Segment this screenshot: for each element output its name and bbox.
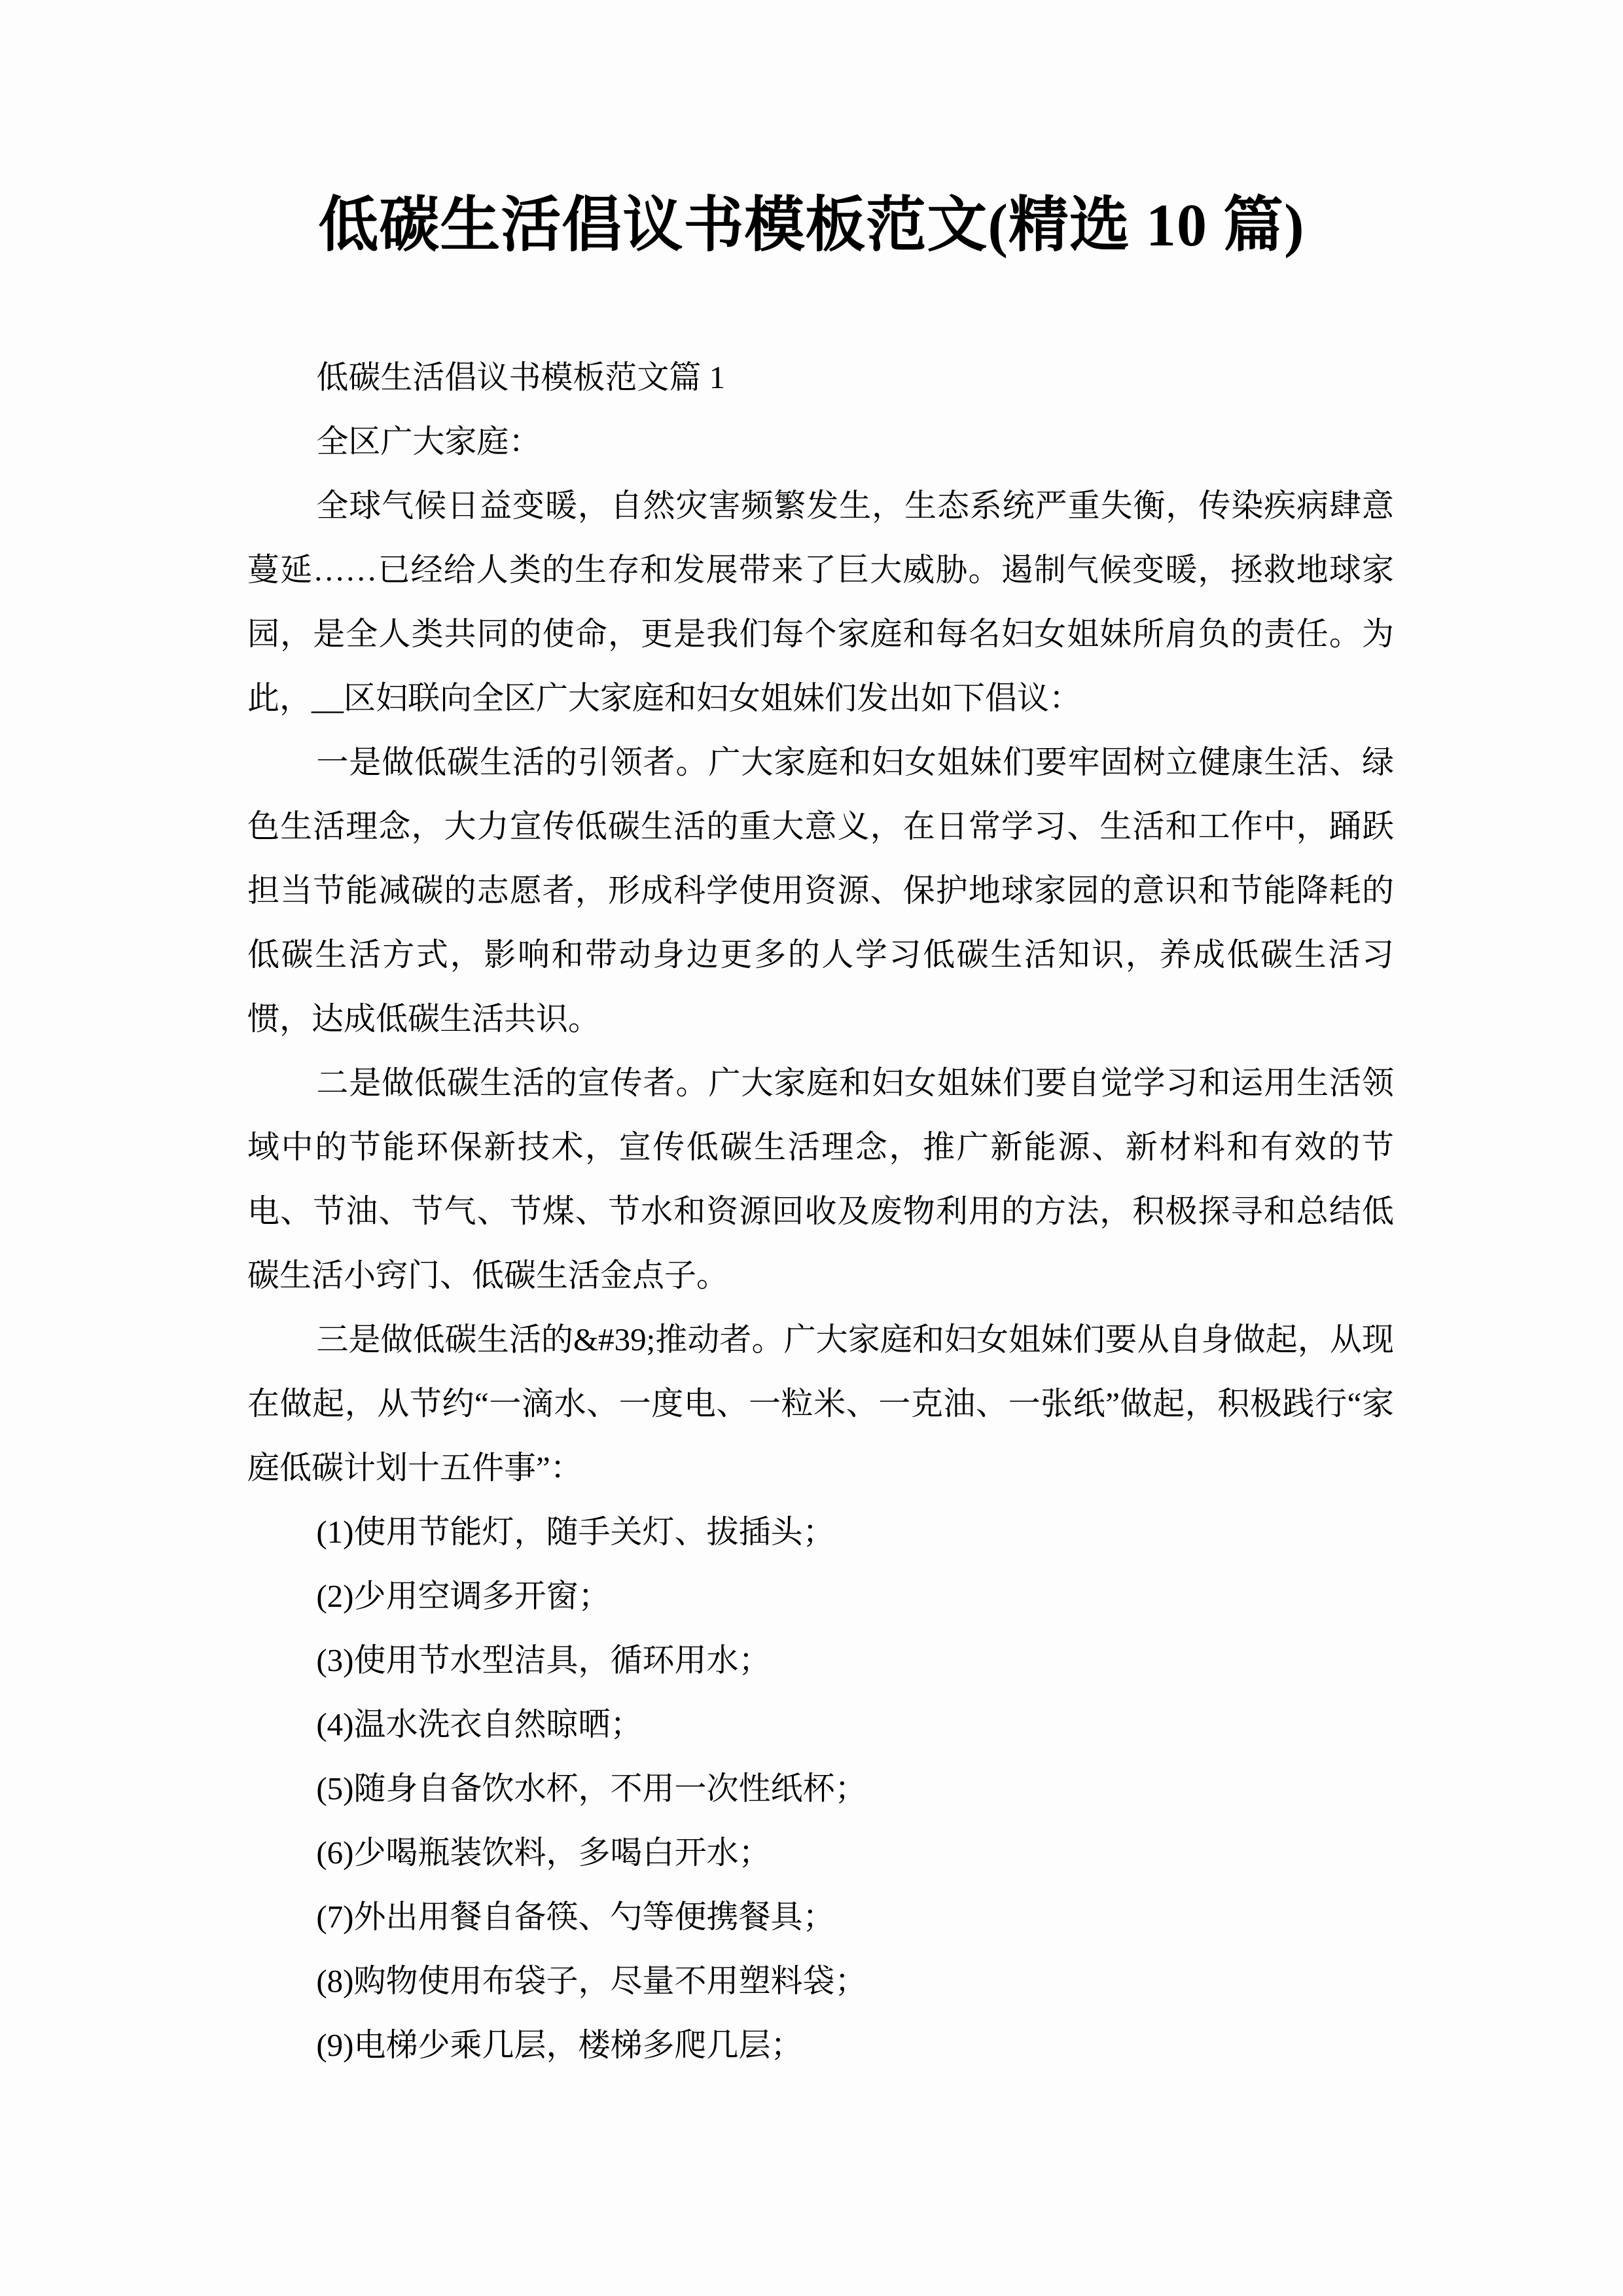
paragraph: 三是做低碳生活的&#39;推动者。广大家庭和妇女姐妹们要从自身做起，从现在做起，… — [247, 1308, 1394, 1500]
list-item: (4)温水洗衣自然晾晒； — [247, 1693, 1394, 1757]
paragraph-heading: 低碳生活倡议书模板范文篇 1 — [247, 346, 1394, 410]
list-item: (7)外出用餐自备筷、勺等便携餐具； — [247, 1885, 1394, 1949]
document-page: 低碳生活倡议书模板范文(精选 10 篇) 低碳生活倡议书模板范文篇 1 全区广大… — [0, 0, 1623, 2296]
paragraph-salutation: 全区广大家庭： — [247, 410, 1394, 474]
paragraph: 全球气候日益变暖，自然灾害频繁发生，生态系统严重失衡，传染疾病肆意蔓延……已经给… — [247, 474, 1394, 730]
paragraph: 一是做低碳生活的引领者。广大家庭和妇女姐妹们要牢固树立健康生活、绿色生活理念，大… — [247, 730, 1394, 1051]
list-item: (2)少用空调多开窗； — [247, 1564, 1394, 1628]
document-body: 低碳生活倡议书模板范文篇 1 全区广大家庭： 全球气候日益变暖，自然灾害频繁发生… — [247, 346, 1394, 2077]
document-title: 低碳生活倡议书模板范文(精选 10 篇) — [0, 0, 1623, 260]
list-item: (1)使用节能灯，随手关灯、拔插头； — [247, 1500, 1394, 1564]
list-item: (3)使用节水型洁具，循环用水； — [247, 1628, 1394, 1693]
paragraph: 二是做低碳生活的宣传者。广大家庭和妇女姐妹们要自觉学习和运用生活领域中的节能环保… — [247, 1051, 1394, 1308]
list-item: (8)购物使用布袋子，尽量不用塑料袋； — [247, 1949, 1394, 2013]
list-item: (6)少喝瓶装饮料，多喝白开水； — [247, 1821, 1394, 1885]
list-item: (9)电梯少乘几层，楼梯多爬几层； — [247, 2013, 1394, 2077]
list-item: (5)随身自备饮水杯，不用一次性纸杯； — [247, 1757, 1394, 1821]
